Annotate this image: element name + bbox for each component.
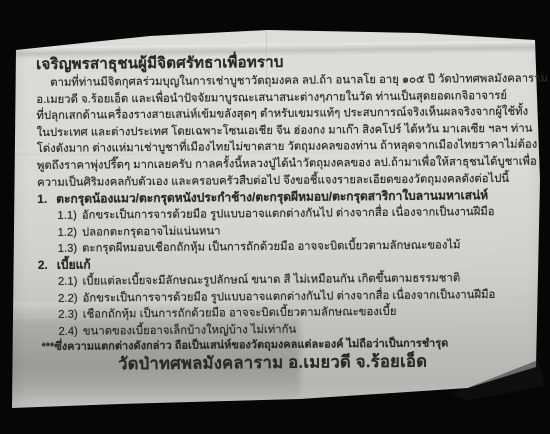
subitem-text: เชือกถักหุ้ม เป็นการถักด้วยมือ อาจจะบิดเ…: [83, 306, 397, 321]
subitem-text: ตะกรุดผีหมอบเชือกถักหุ้ม เป็นการถักด้วยม…: [82, 239, 460, 254]
intro-paragraph: ตามที่ท่านมีจิตกุศลร่วมบุญในการเช่าบูชาว…: [36, 71, 517, 191]
subitem-number: 2.2): [58, 292, 78, 304]
subitem-number: 2.4): [58, 325, 78, 337]
subitem-number: 2.3): [58, 309, 78, 321]
subitem-text: อักขระเป็นการจารด้วยมือ รูปแบบอาจแตกต่าง…: [82, 206, 495, 222]
section-bia-kae: 2. เบี้ยแก้ 2.1)เบี้ยแต่ละเบี้ยจะมีลักษณ…: [38, 253, 519, 340]
subitem-number: 1.3): [58, 243, 78, 255]
subitem-number: 1.1): [57, 210, 77, 222]
photo-background: เจริญพรสาธุชนผู้มีจิตศรัทธาเพื่อทราบ ตาม…: [0, 0, 550, 434]
subitem-text: ขนาดของเบี้ยอาจเล็กบ้างใหญ่บ้าง ไม่เท่าก…: [83, 323, 296, 337]
subitem-text: ปลอกตะกรุดอาจไม่แน่นหนา: [82, 225, 221, 238]
section-title-text: เบี้ยแก้: [57, 257, 91, 274]
subitem-text: เบี้ยแต่ละเบี้ยจะมีลักษณะรูปลักษณ์ ขนาด …: [82, 273, 460, 288]
subitem-number: 2.1): [58, 276, 78, 288]
section-takrut: 1. ตะกรุดน้องแมว/ตะกรุดหนังประกำช้าง/ตะก…: [37, 187, 518, 257]
document-content: เจริญพรสาธุชนผู้มีจิตศรัทธาเพื่อทราบ ตาม…: [36, 51, 519, 376]
section-number: 1.: [37, 191, 56, 208]
subitem-text: อักขระเป็นการจารด้วยมือ รูปแบบอาจแตกต่าง…: [83, 289, 496, 305]
subitem-number: 1.2): [57, 226, 77, 238]
section-number: 2.: [38, 257, 57, 274]
temple-name-footer: วัดป่าทศพลมังคลาราม อ.เมยวดี จ.ร้อยเอ็ด: [39, 351, 507, 376]
